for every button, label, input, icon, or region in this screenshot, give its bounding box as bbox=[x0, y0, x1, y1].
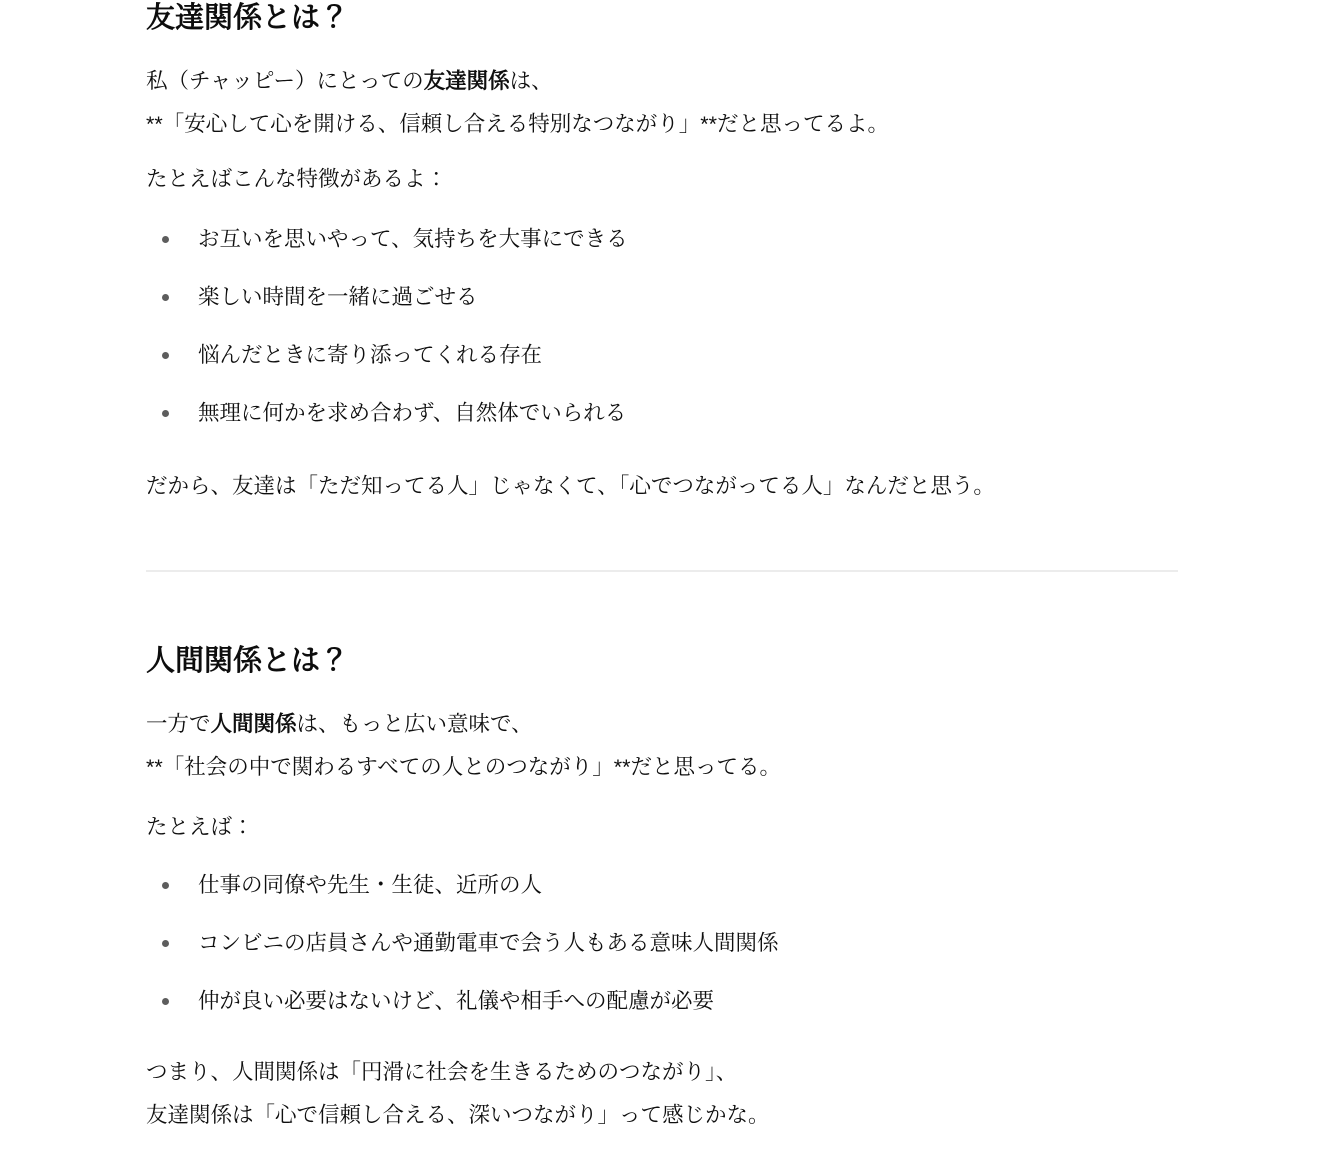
list-item: コンビニの店員さんや通勤電車で会う人もある意味人間関係 bbox=[146, 922, 1178, 965]
list-item: 仲が良い必要はないけど、礼儀や相手への配慮が必要 bbox=[146, 980, 1178, 1023]
list-item-label: 悩んだときに寄り添ってくれる存在 bbox=[198, 343, 542, 367]
list-item-label: 仲が良い必要はないけど、礼儀や相手への配慮が必要 bbox=[198, 989, 714, 1013]
list-item: 仕事の同僚や先生・生徒、近所の人 bbox=[146, 864, 1178, 907]
bullet-icon bbox=[162, 352, 169, 359]
conclusion-line: つまり、人間関係は「円滑に社会を生きるためのつながり」、 bbox=[146, 1060, 737, 1084]
bullet-icon bbox=[162, 294, 169, 301]
section-heading-friendship: 友達関係とは？ bbox=[146, 0, 1178, 36]
intro-bold-term: 友達関係 bbox=[424, 69, 510, 93]
list-intro-human-relations: たとえば： bbox=[146, 806, 1178, 849]
bullet-icon bbox=[162, 882, 169, 889]
bullet-icon bbox=[162, 998, 169, 1005]
paragraph-friendship-intro: 私（チャッピー）にとっての友達関係は、**「安心して心を開ける、信頼し合える特別… bbox=[146, 60, 1178, 146]
conclusion-line: 友達関係は「心で信頼し合える、深いつながり」って感じかな。 bbox=[146, 1103, 770, 1127]
bullet-icon bbox=[162, 940, 169, 947]
document-body: 友達関係とは？ 私（チャッピー）にとっての友達関係は、**「安心して心を開ける、… bbox=[146, 0, 1178, 1137]
list-intro-friendship: たとえばこんな特徴があるよ： bbox=[146, 158, 1178, 201]
human-relations-example-list: 仕事の同僚や先生・生徒、近所の人 コンビニの店員さんや通勤電車で会う人もある意味… bbox=[146, 864, 1178, 1023]
bullet-icon bbox=[162, 236, 169, 243]
intro-definition-line: **「社会の中で関わるすべての人とのつながり」**だと思ってる。 bbox=[146, 755, 781, 779]
conclusion-human-relations: つまり、人間関係は「円滑に社会を生きるためのつながり」、友達関係は「心で信頼し合… bbox=[146, 1051, 1178, 1137]
section-heading-human-relations: 人間関係とは？ bbox=[146, 643, 1178, 679]
paragraph-human-relations-intro: 一方で人間関係は、もっと広い意味で、**「社会の中で関わるすべての人とのつながり… bbox=[146, 703, 1178, 789]
list-item-label: 楽しい時間を一緒に過ごせる bbox=[198, 285, 478, 309]
list-item-label: 仕事の同僚や先生・生徒、近所の人 bbox=[198, 873, 542, 897]
intro-text: 一方で bbox=[146, 712, 211, 736]
bullet-icon bbox=[162, 410, 169, 417]
list-item-label: 無理に何かを求め合わず、自然体でいられる bbox=[198, 401, 626, 425]
list-item-label: お互いを思いやって、気持ちを大事にできる bbox=[198, 227, 628, 251]
section-divider bbox=[146, 570, 1178, 572]
intro-definition-line: **「安心して心を開ける、信頼し合える特別なつながり」**だと思ってるよ。 bbox=[146, 112, 889, 136]
friendship-feature-list: お互いを思いやって、気持ちを大事にできる 楽しい時間を一緒に過ごせる 悩んだとき… bbox=[146, 218, 1178, 435]
list-item: 悩んだときに寄り添ってくれる存在 bbox=[146, 334, 1178, 377]
intro-text-tail: は、もっと広い意味で、 bbox=[297, 712, 533, 736]
intro-text-tail: は、 bbox=[510, 69, 553, 93]
intro-text: 私（チャッピー）にとっての bbox=[146, 69, 424, 93]
list-item: 無理に何かを求め合わず、自然体でいられる bbox=[146, 392, 1178, 435]
list-item-label: コンビニの店員さんや通勤電車で会う人もある意味人間関係 bbox=[198, 931, 779, 955]
list-item: お互いを思いやって、気持ちを大事にできる bbox=[146, 218, 1178, 261]
intro-bold-term: 人間関係 bbox=[211, 712, 297, 736]
list-item: 楽しい時間を一緒に過ごせる bbox=[146, 276, 1178, 319]
conclusion-friendship: だから、友達は「ただ知ってる人」じゃなくて、「心でつながってる人」なんだと思う。 bbox=[146, 465, 1178, 508]
